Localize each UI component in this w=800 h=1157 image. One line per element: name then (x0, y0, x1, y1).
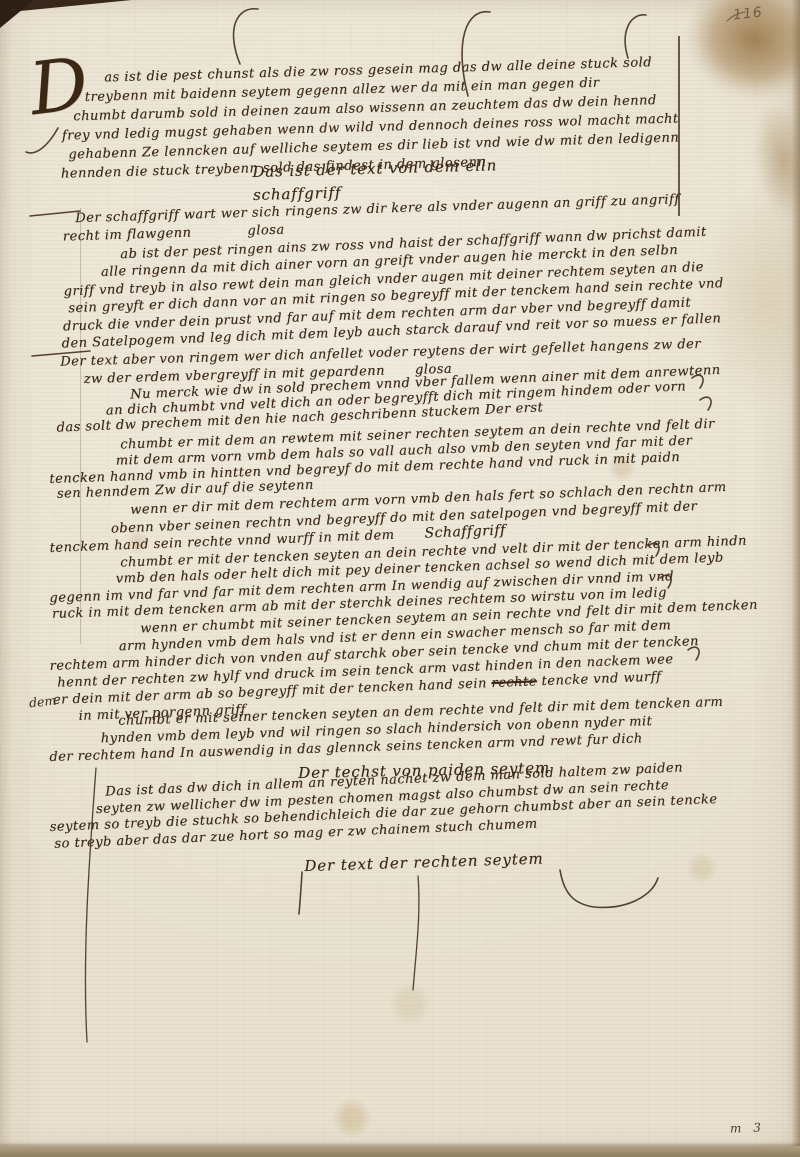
line-part: recht im flawgenn (63, 226, 192, 245)
heading-text-der-rechten-seytem: Der text der rechten seytem (304, 846, 664, 875)
manuscript-page: 116 m 3 dem D as ist die pest chunst als… (0, 0, 800, 1157)
word-gap (395, 538, 425, 539)
heading-line: Der text der rechten seytem (304, 846, 664, 875)
ascender-flourish-icon (234, 9, 258, 64)
page-edge-right (791, 0, 800, 1157)
word-gap (192, 235, 248, 237)
schaffgriff-word: Schaffgriff (424, 522, 506, 541)
descender-stroke-icon (299, 872, 302, 914)
binding-corner-shadow-dark (0, 0, 34, 28)
folio-number: 116 (732, 4, 763, 23)
heading-swash-icon (560, 870, 658, 907)
page-edge-bottom (0, 1146, 800, 1157)
crossed-out-word: rechte (491, 674, 537, 691)
ascender-flourish-icon (625, 15, 646, 58)
word-gap (385, 374, 415, 375)
descender-stroke-icon (413, 876, 419, 990)
paragraph-an-reyten: Das ist das dw dich in allem an reyten n… (48, 759, 710, 853)
quire-signature: m 3 (730, 1120, 765, 1135)
glosa-label: glosa (247, 223, 285, 239)
